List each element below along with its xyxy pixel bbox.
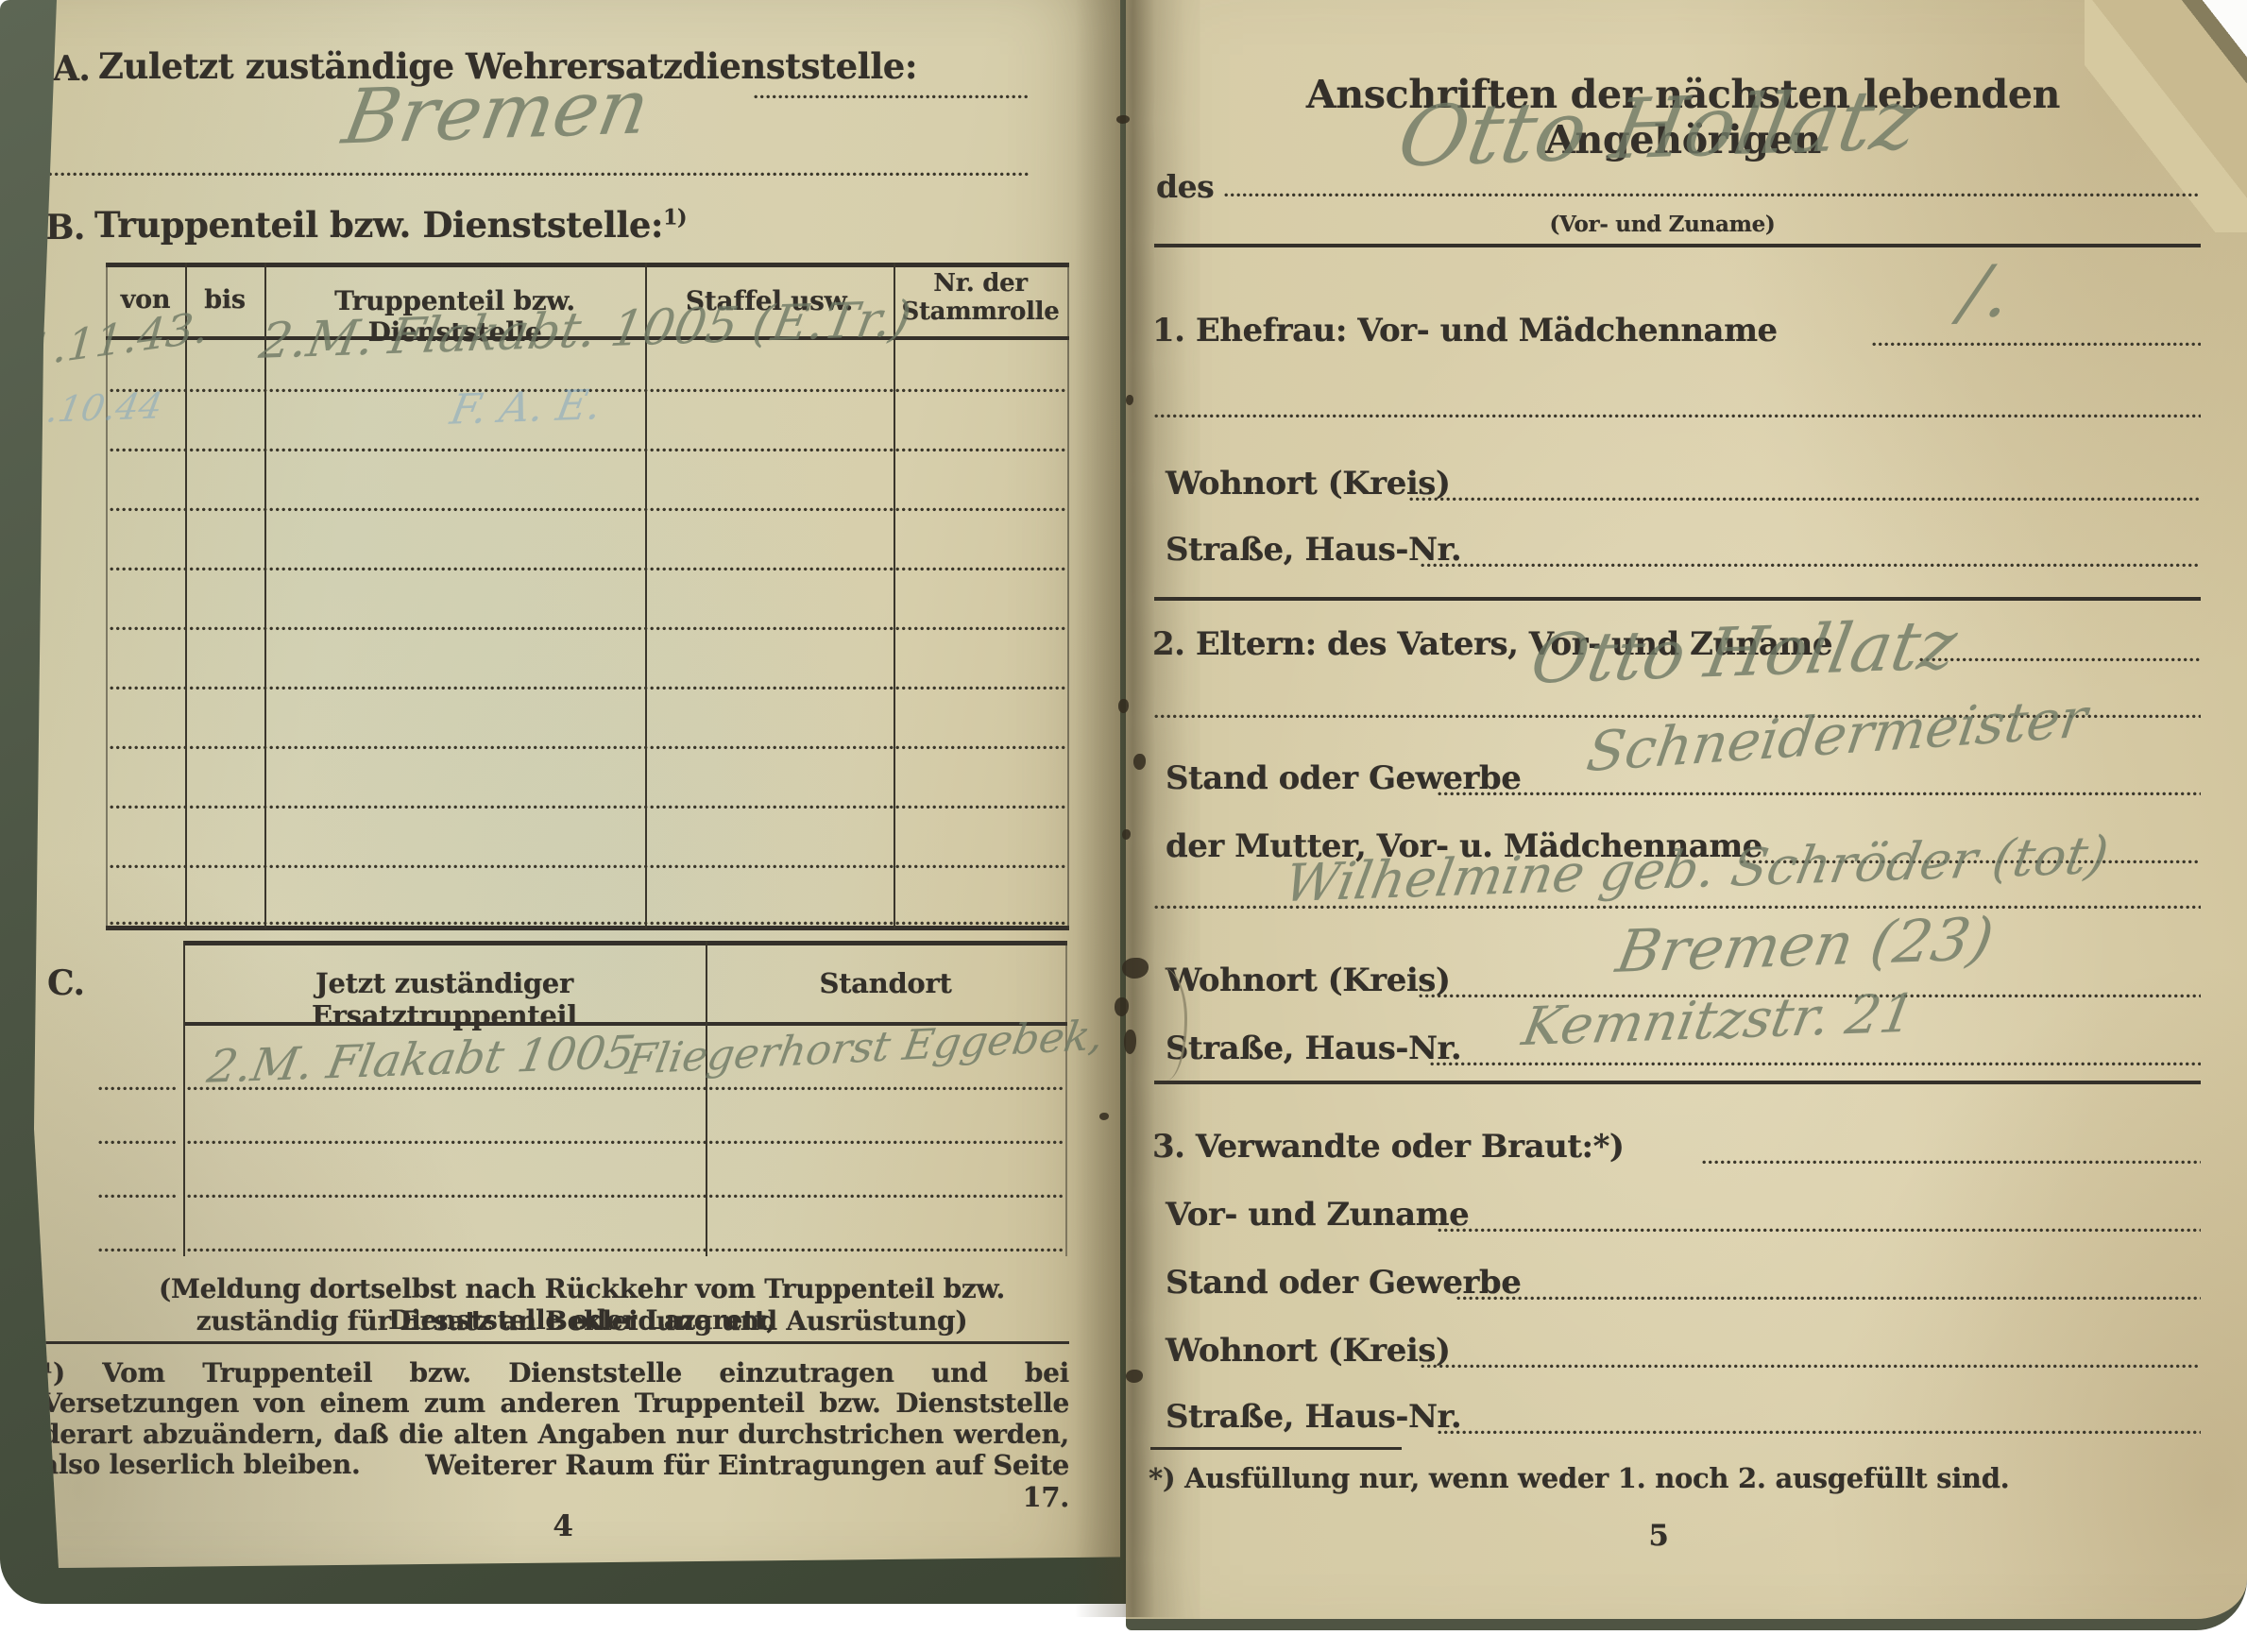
- margin-row-line: [98, 1086, 178, 1091]
- table-row-line: [110, 745, 1065, 750]
- table-border: [1065, 941, 1067, 1256]
- ruled-line: [1430, 1062, 2201, 1066]
- table-border: [645, 263, 647, 929]
- ruled-line: [1421, 563, 2201, 568]
- page-5: Anschriften der nächsten lebenden Angehö…: [1126, 0, 2247, 1630]
- table-border: [1067, 263, 1069, 929]
- section-a-label: A.: [53, 49, 90, 89]
- table-row-line: [110, 686, 1065, 690]
- ruled-line: [1409, 497, 2201, 502]
- ruled-line: [1456, 1296, 2201, 1301]
- table-row-line: [110, 805, 1065, 809]
- ruled-line: [1438, 1430, 2201, 1435]
- scanned-military-id-spread: A. Zuletzt zuständige Wehrersatzdienstst…: [0, 0, 2247, 1652]
- ruled-line: [1438, 1228, 2201, 1233]
- strasse-label-2: Straße, Haus-Nr.: [1166, 1030, 1461, 1067]
- table-row-line: [110, 864, 1065, 869]
- section-b-label: B.: [45, 208, 85, 247]
- column-header-stammrolle-line2: Stammrolle: [902, 298, 1060, 326]
- table-row-line: [187, 1248, 1064, 1252]
- divider-rule: [1154, 1081, 2201, 1084]
- margin-row-line: [98, 1248, 178, 1252]
- strasse-label-1: Straße, Haus-Nr.: [1166, 531, 1461, 569]
- ruled-line: [36, 172, 1030, 177]
- page-number-5: 5: [1611, 1519, 1706, 1553]
- ruled-line: [1438, 792, 2201, 796]
- table-border: [185, 263, 187, 929]
- des-label: des: [1156, 168, 1214, 205]
- wohnort-label-3: Wohnort (Kreis): [1166, 1332, 1451, 1370]
- table-border: [183, 941, 1067, 945]
- column-header-stammrolle-line1: Nr. der: [933, 269, 1028, 298]
- column-header-ersatztruppenteil: Jetzt zuständiger Ersatztruppenteil: [183, 967, 706, 1031]
- handwritten-wohnort: Bremen (23): [1611, 904, 1999, 986]
- handwritten-strasse: Kemnitzstr. 21: [1518, 983, 1920, 1058]
- ruled-line: [1154, 905, 2201, 910]
- margin-row-line: [98, 1194, 178, 1199]
- footnote-rule: [1150, 1447, 1402, 1450]
- ruled-line: [1919, 657, 2201, 662]
- table-row-line: [187, 1194, 1064, 1199]
- loose-thread: [1141, 967, 1187, 1081]
- handwritten-wehrersatzdienststelle: Bremen: [337, 62, 656, 161]
- meldung-note-line2: zuständig für Ersatz an Bekleidung und A…: [110, 1305, 1054, 1337]
- section-b-heading: Truppenteil bzw. Dienststelle:1): [94, 204, 687, 246]
- table-row-line: [110, 448, 1065, 452]
- ehefrau-label: 1. Ehefrau: Vor- und Mädchenname: [1152, 312, 1778, 349]
- ruled-line: [1872, 342, 2201, 347]
- handwritten-vater-beruf: Schneidermeister: [1583, 686, 2091, 784]
- divider-rule: [45, 1341, 1069, 1344]
- ruled-line: [1702, 1160, 2201, 1165]
- divider-rule: [1154, 597, 2201, 601]
- replacement-unit-table: Jetzt zuständiger Ersatztruppenteil Stan…: [183, 941, 1067, 1256]
- handwritten-name: Otto Hollatz: [1391, 71, 1926, 186]
- table-border: [894, 263, 895, 929]
- vorname-label-3: Vor- und Zuname: [1166, 1196, 1469, 1234]
- handwritten-vater-name: Otto Hollatz: [1525, 605, 1963, 698]
- column-header-standort: Standort: [706, 967, 1065, 999]
- ruled-line: [1154, 414, 2201, 418]
- page-4: A. Zuletzt zuständige Wehrersatzdienstst…: [25, 0, 1120, 1568]
- strasse-label-3: Straße, Haus-Nr.: [1166, 1398, 1461, 1436]
- ruled-line: [1421, 1364, 2201, 1369]
- wohnort-label-1: Wohnort (Kreis): [1166, 465, 1451, 502]
- table-row-line: [110, 626, 1065, 631]
- table-row-line: [187, 1140, 1064, 1145]
- footnote-star: *) Ausfüllung nur, wenn weder 1. noch 2.…: [1149, 1462, 2093, 1494]
- ruled-line: [754, 94, 1030, 99]
- des-sublabel: (Vor- und Zuname): [1464, 212, 1861, 237]
- verwandte-label: 3. Verwandte oder Braut:*): [1152, 1128, 1624, 1166]
- wohnort-label-2: Wohnort (Kreis): [1166, 962, 1451, 999]
- section-c-label: C.: [47, 963, 85, 1003]
- ruled-line: [1224, 193, 2201, 197]
- handwritten-ehefrau-slash: /.: [1955, 248, 2017, 334]
- margin-row-line: [98, 1140, 178, 1145]
- table-border: [106, 263, 1069, 267]
- table-row-line: [110, 921, 1065, 926]
- footnote-marker: 1): [663, 206, 687, 230]
- page-number-4: 4: [516, 1509, 610, 1543]
- divider-rule: [1154, 244, 2201, 247]
- table-row-line: [110, 507, 1065, 512]
- weiterer-raum-note: Weiterer Raum für Eintragungen auf Seite…: [402, 1449, 1069, 1513]
- table-row-line: [110, 567, 1065, 571]
- stamped-unit-entry: F. A. E.: [447, 381, 605, 434]
- table-border: [106, 926, 1069, 930]
- service-history-table: von bis Truppenteil bzw. Dienststelle St…: [106, 263, 1069, 929]
- section-b-heading-text: Truppenteil bzw. Dienststelle:: [94, 204, 663, 246]
- column-header-stammrolle: Nr. derStammrolle: [894, 270, 1067, 327]
